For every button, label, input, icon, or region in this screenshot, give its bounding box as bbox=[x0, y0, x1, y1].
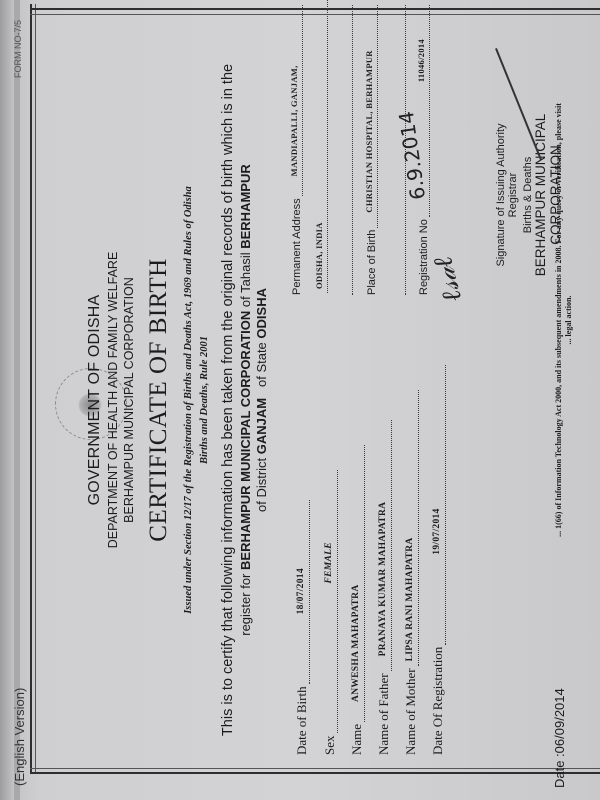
photo-viewport: (English Version) FORM NO-7/5 GOVERNMENT… bbox=[0, 0, 600, 800]
date-of-issue: Date :06/09/2014 bbox=[552, 688, 567, 788]
field-father-name: Name of Father PRANAYA KUMAR MAHAPATRA bbox=[374, 420, 392, 755]
date-of-registration-value: 19/07/2014 bbox=[432, 508, 442, 554]
government-heading: GOVERNMENT OF ODISHA bbox=[86, 0, 104, 800]
form-number: FORM NO-7/5 bbox=[13, 20, 23, 78]
district-label: of District bbox=[254, 458, 269, 512]
field-sex: Sex FEMALE bbox=[320, 470, 338, 755]
issued-under-text: Issued under Section 12/17 of the Regist… bbox=[183, 0, 194, 800]
tahasil-label: of Tahasil bbox=[238, 252, 253, 307]
blank-line bbox=[352, 5, 353, 295]
child-name-value: ANWESHA MAHAPATRA bbox=[351, 585, 361, 702]
state-label: of State bbox=[254, 342, 269, 387]
date-of-birth-value: 18/07/2014 bbox=[296, 568, 306, 614]
footer-line-1: ... 1(66) of Information Technology Act … bbox=[554, 40, 563, 600]
rule-text: Births and Deaths, Rule 2001 bbox=[199, 0, 210, 800]
certify-statement: This is to certify that following inform… bbox=[220, 0, 236, 800]
top-border-inner bbox=[35, 4, 36, 774]
mother-name-value: LIPSA RANI MAHAPATRA bbox=[405, 537, 415, 661]
footer-line-2: ... legal action. bbox=[564, 40, 573, 600]
field-place-of-birth: Place of Birth CHRISTIAN HOSPITAL, BERHA… bbox=[360, 5, 378, 295]
father-name-value: PRANAYA KUMAR MAHAPATRA bbox=[378, 502, 388, 657]
authority-line-2: Registrar bbox=[507, 70, 519, 320]
paper-edge bbox=[14, 0, 20, 800]
permanent-address-value: MANDIAPALLI, GANJAM, bbox=[289, 65, 299, 176]
register-line: register for BERHAMPUR MUNICIPAL CORPORA… bbox=[238, 0, 253, 800]
place-of-birth-value: CHRISTIAN HOSPITAL, BERHAMPUR bbox=[364, 50, 374, 212]
field-date-of-birth: Date of Birth 18/07/2014 bbox=[292, 500, 310, 755]
field-date-of-registration: Date Of Registration 19/07/2014 bbox=[428, 365, 446, 755]
field-permanent-address-line2: ODISHA, INDIA bbox=[310, 0, 328, 295]
state-value: ODISHA bbox=[254, 288, 269, 339]
top-border bbox=[30, 4, 32, 774]
register-for-value: BERHAMPUR MUNICIPAL CORPORATION bbox=[238, 311, 253, 570]
certificate-title: CERTIFICATE OF BIRTH bbox=[145, 0, 173, 800]
language-version: (English Version) bbox=[12, 688, 27, 786]
field-name: Name ANWESHA MAHAPATRA bbox=[347, 445, 365, 755]
corporation-heading: BERHAMPUR MUNICIPAL CORPORATION bbox=[122, 0, 136, 800]
department-heading: DEPARTMENT OF HEALTH AND FAMILY WELFARE bbox=[106, 0, 120, 800]
permanent-address-line2-value: ODISHA, INDIA bbox=[314, 222, 324, 289]
birth-certificate: (English Version) FORM NO-7/5 GOVERNMENT… bbox=[0, 0, 600, 800]
authority-line-1: Signature of Issuing Authority bbox=[495, 70, 507, 320]
district-value: GANJAM bbox=[254, 398, 269, 454]
tahasil-value: BERHAMPUR bbox=[238, 164, 253, 249]
registration-no-value: 11046/2014 bbox=[416, 39, 426, 82]
sex-value: FEMALE bbox=[324, 542, 334, 583]
register-for-label: register for bbox=[238, 574, 253, 636]
field-mother-name: Name of Mother LIPSA RANI MAHAPATRA bbox=[401, 390, 419, 755]
field-permanent-address: Permanent Address MANDIAPALLI, GANJAM, bbox=[285, 5, 303, 295]
district-line: of District GANJAM of State ODISHA bbox=[254, 0, 269, 800]
